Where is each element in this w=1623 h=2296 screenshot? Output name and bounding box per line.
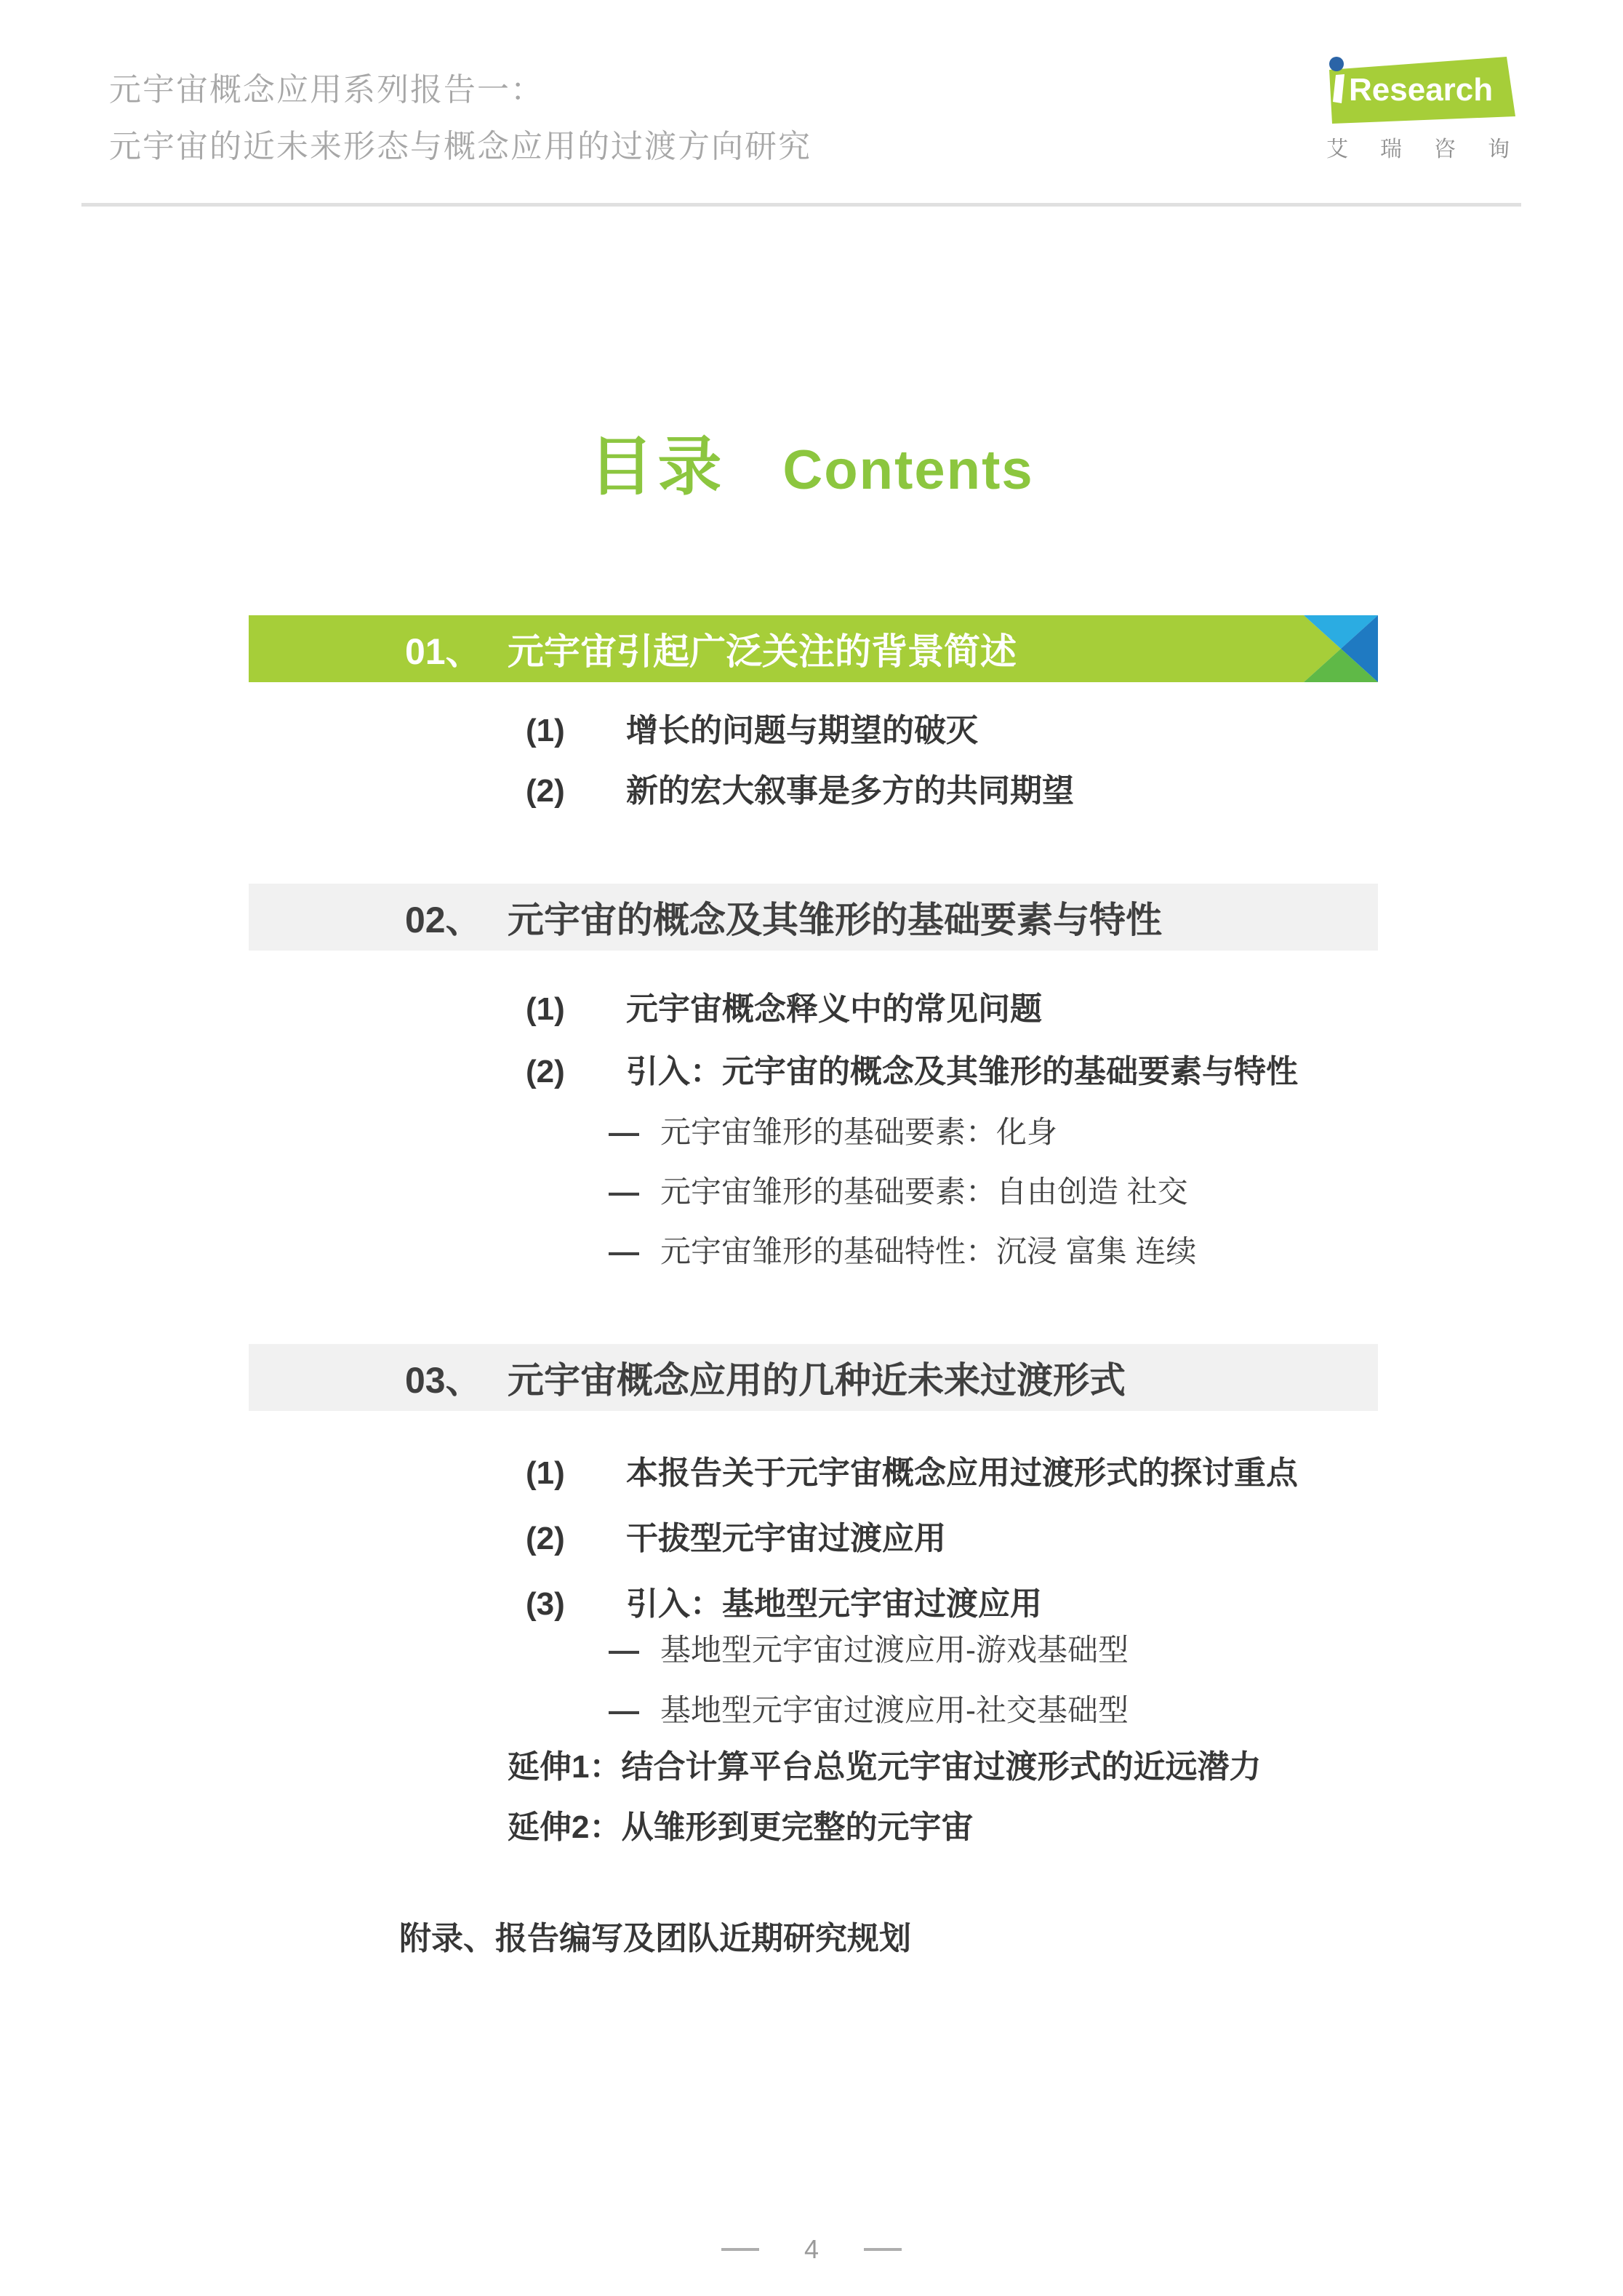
page-number: 4: [804, 2234, 819, 2265]
page-title: 目录 Contents: [0, 416, 1623, 508]
toc-subitem[interactable]: — 基地型元宇宙过渡应用-社交基础型: [609, 1693, 1129, 1728]
toc-subitem-text: 基地型元宇宙过渡应用-社交基础型: [660, 1693, 1129, 1728]
section-bar-02[interactable]: 02、 元宇宙的概念及其雏形的基础要素与特性: [249, 884, 1378, 951]
section-number: 03、: [405, 1351, 508, 1404]
toc-item[interactable]: (2) 新的宏大叙事是多方的共同期望: [526, 773, 1074, 810]
logo-brand-text: Research: [1349, 72, 1493, 108]
report-series-title: 元宇宙概念应用系列报告一：: [109, 71, 544, 110]
toc-item-label: (2): [526, 1054, 626, 1091]
toc-subitem[interactable]: — 元宇宙雏形的基础要素：化身: [609, 1115, 1057, 1150]
toc-item-text: 引入：元宇宙的概念及其雏形的基础要素与特性: [626, 1054, 1298, 1091]
toc-item-label: (2): [526, 1521, 626, 1558]
toc-appendix-item[interactable]: 附录、报告编写及团队近期研究规划: [399, 1921, 911, 1958]
iresearch-logo: Research 艾瑞咨询: [1325, 55, 1521, 164]
toc-item[interactable]: (1) 本报告关于元宇宙概念应用过渡形式的探讨重点: [526, 1455, 1298, 1492]
toc-subitem[interactable]: — 元宇宙雏形的基础要素：自由创造 社交: [609, 1175, 1188, 1209]
section-number: 02、: [405, 891, 508, 943]
toc-item-label: (3): [526, 1586, 626, 1623]
report-subtitle: 元宇宙的近未来形态与概念应用的过渡方向研究: [109, 128, 811, 167]
toc-subitem-text: 元宇宙雏形的基础要素：化身: [660, 1115, 1057, 1150]
iresearch-logo-icon: Research: [1325, 55, 1521, 128]
toc-extension-item[interactable]: 延伸1：结合计算平台总览元宇宙过渡形式的近远潜力: [508, 1749, 1261, 1786]
toc-item-text: 本报告关于元宇宙概念应用过渡形式的探讨重点: [626, 1455, 1298, 1492]
logo-chinese-name: 艾瑞咨询: [1326, 131, 1521, 163]
bar-corner-flag-icon: [1304, 615, 1378, 682]
toc-item-text: 元宇宙概念释义中的常见问题: [626, 991, 1042, 1028]
toc-item[interactable]: (3) 引入：基地型元宇宙过渡应用: [526, 1586, 1042, 1623]
toc-item[interactable]: (1) 增长的问题与期望的破灭: [526, 713, 978, 750]
footer-rule-left: [721, 2248, 759, 2251]
logo-i-dot-icon: [1329, 57, 1344, 71]
dash-bullet-icon: —: [609, 1115, 660, 1150]
section-bar-03[interactable]: 03、 元宇宙概念应用的几种近未来过渡形式: [249, 1344, 1378, 1411]
toc-item-text: 引入：基地型元宇宙过渡应用: [626, 1586, 1042, 1623]
report-toc-page: 元宇宙概念应用系列报告一： 元宇宙的近未来形态与概念应用的过渡方向研究 Rese…: [0, 0, 1623, 2296]
page-footer: 4: [0, 2234, 1623, 2265]
toc-item-label: (1): [526, 713, 626, 750]
section-number: 01、: [405, 623, 508, 675]
toc-subitem-text: 元宇宙雏形的基础特性：沉浸 富集 连续: [660, 1234, 1196, 1269]
section-bar-01[interactable]: 01、 元宇宙引起广泛关注的背景简述: [249, 615, 1378, 682]
dash-bullet-icon: —: [609, 1175, 660, 1209]
toc-subitem[interactable]: — 元宇宙雏形的基础特性：沉浸 富集 连续: [609, 1234, 1196, 1269]
toc-item[interactable]: (2) 干拔型元宇宙过渡应用: [526, 1521, 946, 1558]
dash-bullet-icon: —: [609, 1234, 660, 1269]
toc-item-text: 干拔型元宇宙过渡应用: [626, 1521, 946, 1558]
toc-subitem[interactable]: — 基地型元宇宙过渡应用-游戏基础型: [609, 1633, 1129, 1668]
toc-item-label: (1): [526, 991, 626, 1028]
dash-bullet-icon: —: [609, 1693, 660, 1728]
page-title-cn: 目录: [589, 416, 726, 508]
toc-item-text: 新的宏大叙事是多方的共同期望: [626, 773, 1074, 810]
toc-subitem-text: 元宇宙雏形的基础要素：自由创造 社交: [660, 1175, 1188, 1209]
header-divider: [81, 203, 1521, 207]
toc-item-label: (2): [526, 773, 626, 810]
toc-extension-item[interactable]: 延伸2：从雏形到更完整的元宇宙: [508, 1809, 973, 1847]
footer-rule-right: [864, 2248, 902, 2251]
section-title: 元宇宙的概念及其雏形的基础要素与特性: [508, 891, 1162, 943]
dash-bullet-icon: —: [609, 1633, 660, 1668]
section-title: 元宇宙引起广泛关注的背景简述: [508, 623, 1017, 675]
toc-item[interactable]: (1) 元宇宙概念释义中的常见问题: [526, 991, 1042, 1028]
page-title-en: Contents: [782, 439, 1033, 502]
toc-subitem-text: 基地型元宇宙过渡应用-游戏基础型: [660, 1633, 1129, 1668]
toc-item-label: (1): [526, 1455, 626, 1492]
toc-item-text: 增长的问题与期望的破灭: [626, 713, 978, 750]
section-title: 元宇宙概念应用的几种近未来过渡形式: [508, 1351, 1126, 1404]
toc-item[interactable]: (2) 引入：元宇宙的概念及其雏形的基础要素与特性: [526, 1054, 1298, 1091]
